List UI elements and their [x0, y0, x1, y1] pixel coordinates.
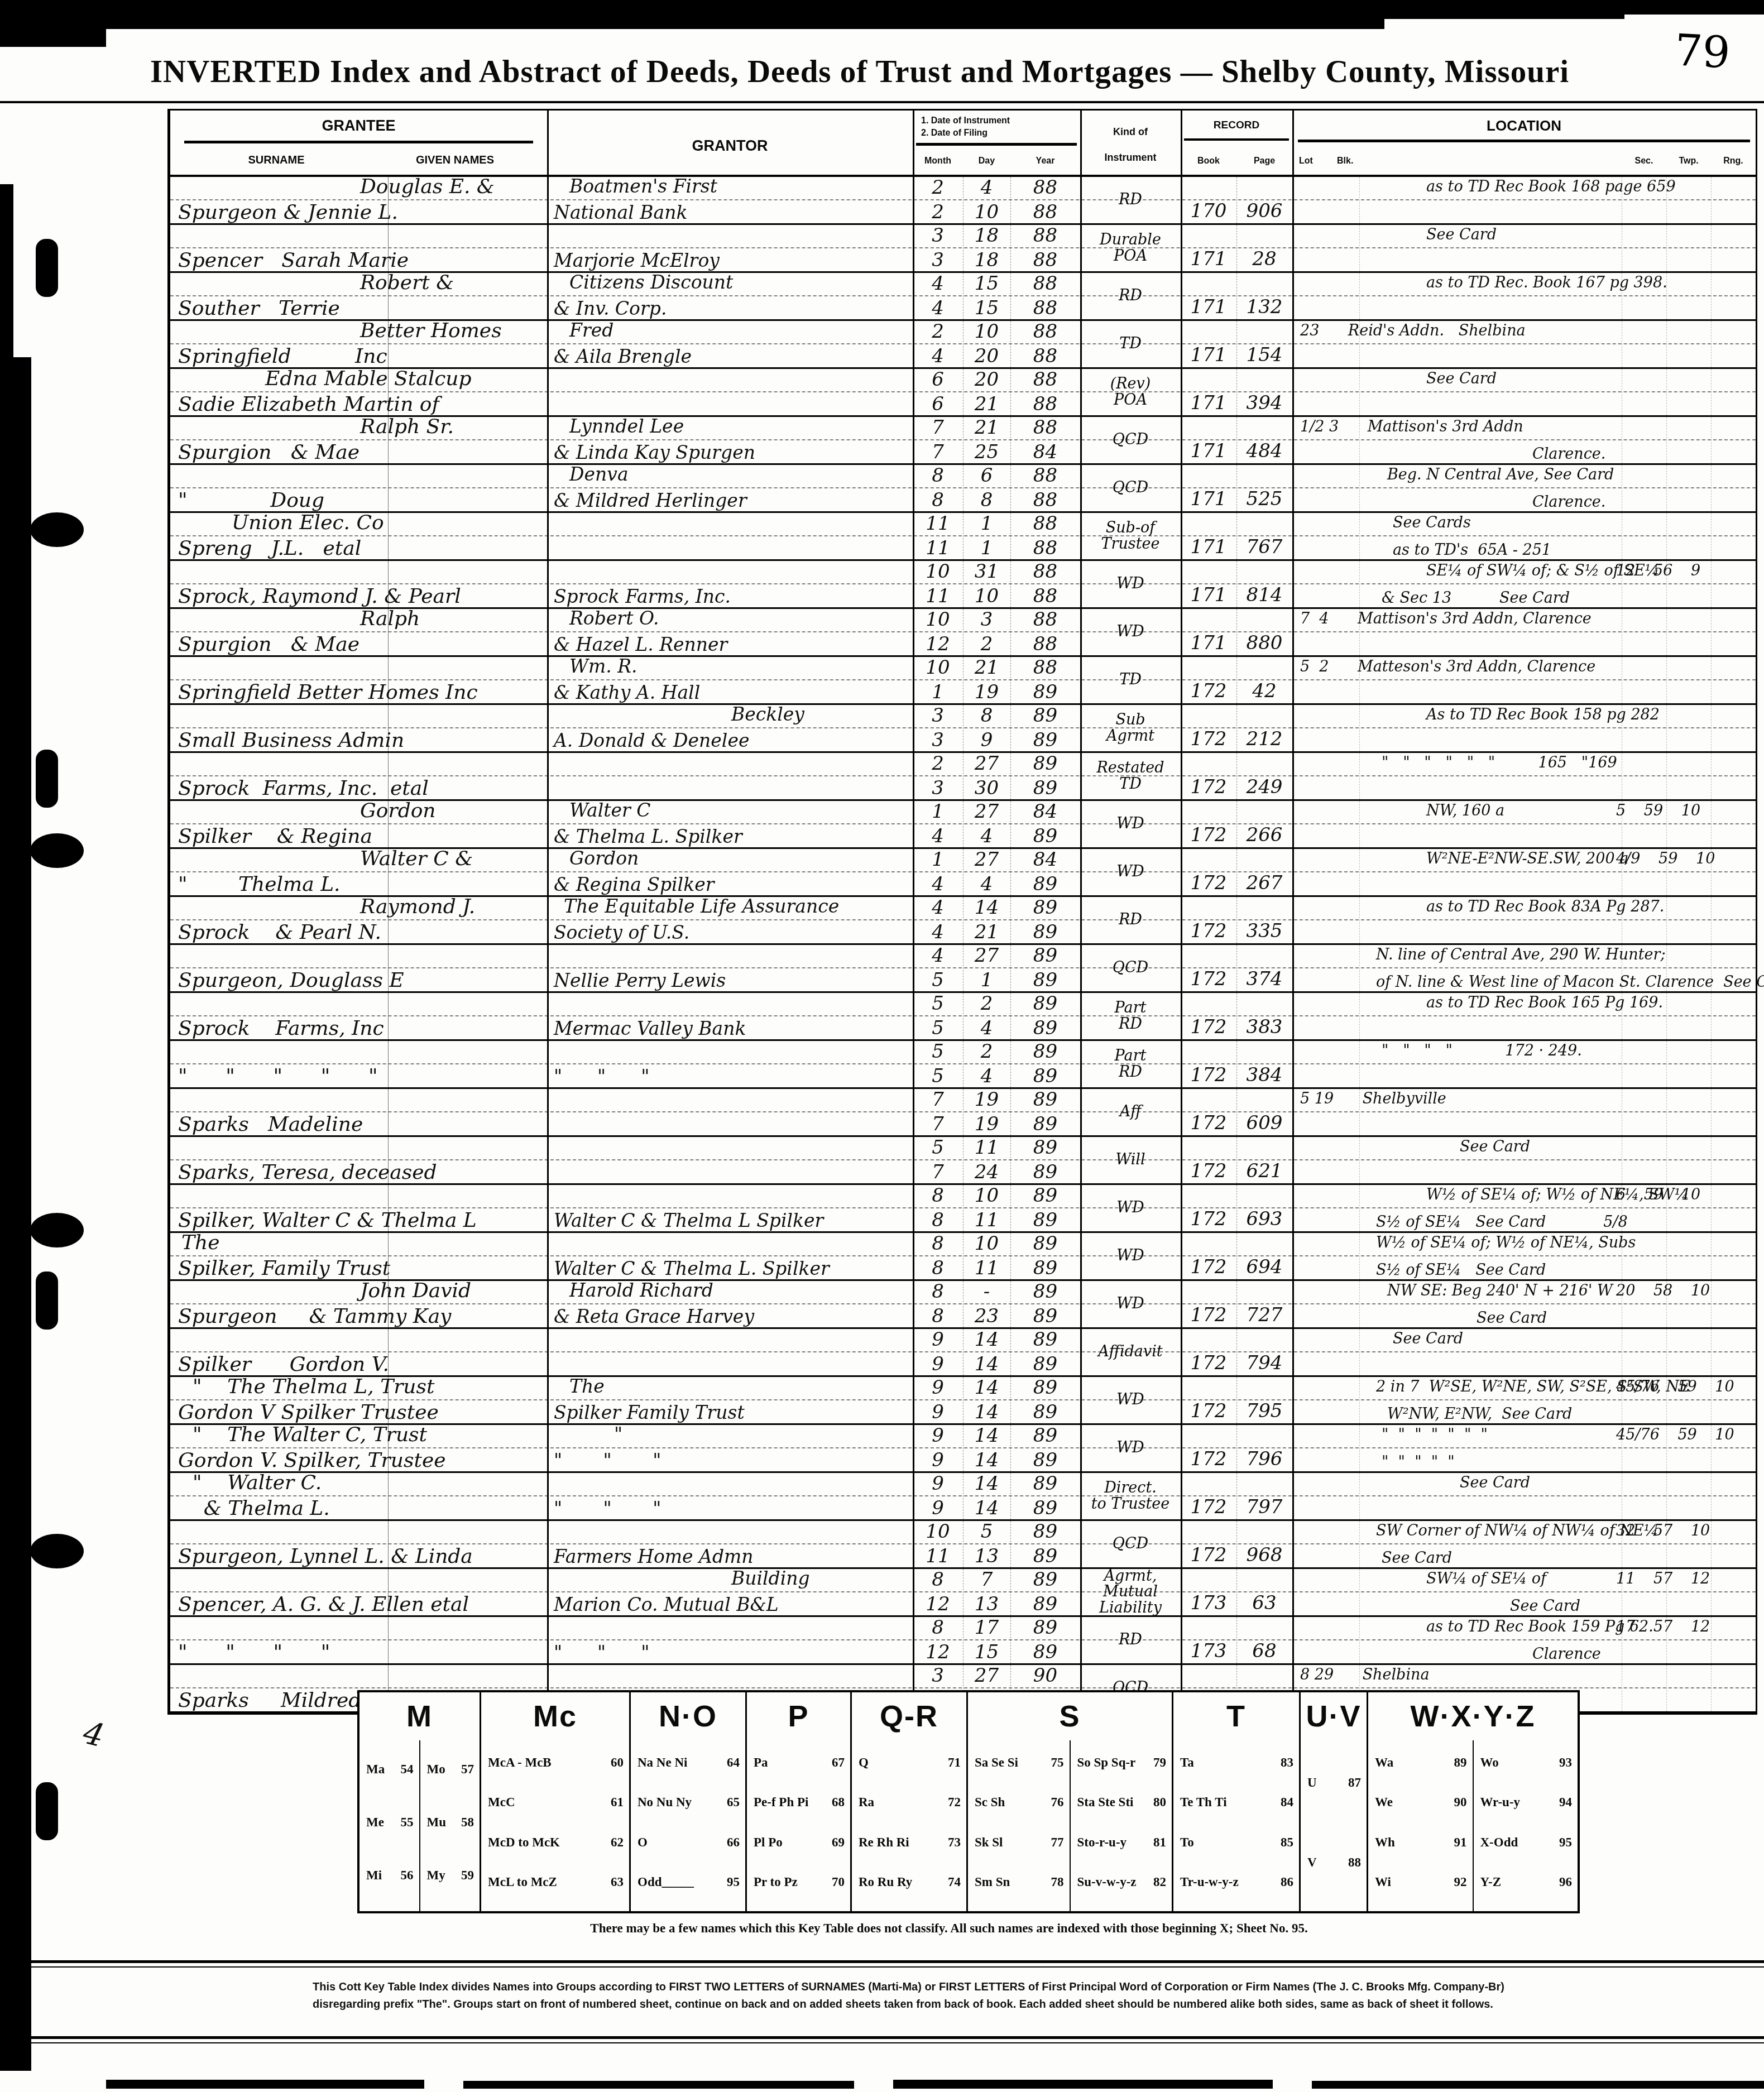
- ledger-entry: Raymond J.Sprock & Pearl N.The Equitable…: [170, 897, 1756, 945]
- key-sheet-number: 69: [832, 1835, 845, 1850]
- footer-rule-1a: [0, 1960, 1764, 1963]
- record-book-cell: 173: [1181, 1592, 1236, 1614]
- date-of-instrument: 27: [963, 944, 1010, 967]
- lot-header: Lot: [1299, 156, 1313, 166]
- ledger-entry: Spurgeon, Douglass ENellie Perry Lewis42…: [170, 945, 1756, 993]
- grantee-line2: Small Business Admin: [178, 729, 404, 752]
- date-of-instrument: 9: [913, 1328, 963, 1351]
- key-column-body: Q71Ra72Re Rh Ri73Ro Ru Ry74: [852, 1740, 966, 1911]
- key-item: My59: [427, 1868, 474, 1883]
- grantee-line2: Spurgeon, Lynnel L. & Linda: [178, 1545, 473, 1568]
- date-of-filing: 20: [963, 345, 1010, 367]
- key-range: McA - McB: [488, 1755, 552, 1770]
- key-sheet-number: 92: [1454, 1875, 1467, 1889]
- key-range: Wh: [1375, 1835, 1395, 1850]
- kind-of-instrument-cell: WD: [1080, 801, 1181, 847]
- grantor-line1: Wm. R.: [569, 655, 637, 677]
- ledger-entry: Sparks Madeline7198971989Aff1726095 19 S…: [170, 1089, 1756, 1137]
- record-page-cell: 795: [1236, 1400, 1292, 1422]
- row-mid-line: [170, 1495, 1756, 1496]
- kind-of-instrument-cell: (Rev)POA: [1080, 369, 1181, 415]
- lot-blk-value: 23: [1300, 322, 1319, 339]
- location-text: Shelbina: [1363, 1666, 1430, 1683]
- key-column-body: McA - McB60McC61McD to McK62McL to McZ63: [481, 1740, 629, 1911]
- location-line2: & Sec 13 See Card: [1382, 589, 1570, 607]
- key-column: W·X·Y·ZWa89We90Wh91Wi92Wo93Wr-u-y94X-Odd…: [1367, 1692, 1578, 1911]
- sec-twp-rng-value: 17 57 12: [1616, 1618, 1753, 1635]
- key-item: McD to McK62: [488, 1835, 624, 1850]
- key-sheet-number: 95: [727, 1875, 740, 1889]
- date-of-instrument: 17: [963, 1616, 1010, 1639]
- date-of-filing: 88: [1010, 585, 1080, 607]
- key-range: Re Rh Ri: [859, 1835, 909, 1850]
- key-group: Ma54Me55Mi56: [359, 1740, 419, 1911]
- key-item: Me55: [366, 1815, 414, 1830]
- date-of-filing: 89: [1010, 1353, 1080, 1375]
- date-of-instrument: 88: [1010, 608, 1080, 631]
- date-of-filing: 5: [913, 1065, 963, 1087]
- binder-mark: [30, 1213, 84, 1247]
- key-sheet-number: 84: [1281, 1795, 1293, 1810]
- location-header: LOCATION: [1292, 117, 1756, 135]
- lot-blk-value: 8 29: [1300, 1666, 1334, 1683]
- kind-line: Will: [1115, 1152, 1145, 1168]
- grantee-underline: [184, 141, 533, 143]
- date-of-instrument: 89: [1010, 1280, 1080, 1303]
- date-of-filing: 11: [963, 1257, 1010, 1279]
- key-sheet-number: 79: [1153, 1755, 1166, 1770]
- key-sheet-number: 89: [1454, 1755, 1467, 1770]
- date-of-filing: 4: [913, 921, 963, 943]
- row-mid-line: [170, 1063, 1756, 1064]
- scan-artifact-bottom: [463, 2081, 854, 2089]
- date-of-instrument: 89: [1010, 704, 1080, 727]
- row-mid-line: [170, 1159, 1756, 1160]
- key-item: McA - McB60: [488, 1755, 624, 1770]
- kind-of-instrument-cell: WD: [1080, 561, 1181, 607]
- key-item: Wh91: [1375, 1835, 1467, 1850]
- record-page-cell: 609: [1236, 1112, 1292, 1134]
- date-of-instrument: 89: [1010, 944, 1080, 967]
- key-item: Sta Ste Sti80: [1077, 1795, 1167, 1810]
- key-range: My: [427, 1868, 445, 1883]
- date-of-instrument: 7: [963, 1568, 1010, 1591]
- key-item: Wr-u-y94: [1480, 1795, 1573, 1810]
- date-of-instrument: 88: [1010, 176, 1080, 199]
- key-item: V88: [1307, 1855, 1361, 1870]
- date-of-instrument: 89: [1010, 1088, 1080, 1111]
- record-book-cell: 172: [1181, 824, 1236, 846]
- record-page-cell: 394: [1236, 392, 1292, 414]
- key-range: To: [1180, 1835, 1194, 1850]
- record-book-cell: 172: [1181, 1064, 1236, 1086]
- kind-line: Aff: [1120, 1104, 1142, 1120]
- kind-line: RD: [1119, 1064, 1142, 1081]
- grantee-line2: Souther Terrie: [178, 297, 340, 320]
- record-page-cell: 906: [1236, 200, 1292, 222]
- date-of-instrument: 18: [963, 224, 1010, 247]
- key-sheet-number: 77: [1051, 1835, 1064, 1850]
- key-item: We90: [1375, 1795, 1467, 1810]
- row-mid-line: [170, 679, 1756, 680]
- date-of-filing: 3: [913, 729, 963, 751]
- kind-line: WD: [1116, 864, 1144, 880]
- location-line1: NW, 160 a: [1426, 802, 1504, 819]
- margin-check-mark: 4: [80, 1715, 108, 1755]
- date-of-instrument: 27: [963, 848, 1010, 871]
- date-of-filing: 9: [913, 1449, 963, 1471]
- key-range: McL to McZ: [488, 1875, 557, 1889]
- ledger-entry: Union Elec. CoSpreng J.L. etal1118811188…: [170, 513, 1756, 561]
- row-mid-line: [170, 487, 1756, 488]
- date-of-filing: 2: [913, 201, 963, 223]
- kind-of-instrument-cell: WD: [1080, 1233, 1181, 1279]
- date-of-instrument: 1: [963, 512, 1010, 535]
- kind-of-instrument-cell: Affidavit: [1080, 1329, 1181, 1375]
- grantor-line1: Boatmen's First: [569, 175, 717, 197]
- date-of-instrument: 4: [913, 272, 963, 295]
- grantor-line2: & Thelma L. Spilker: [554, 826, 742, 847]
- key-item: McL to McZ63: [488, 1875, 624, 1889]
- date-of-filing: 89: [1010, 1593, 1080, 1615]
- key-column: U·VU87V88: [1299, 1692, 1367, 1911]
- record-book-cell: 171: [1181, 536, 1236, 558]
- key-item: Pr to Pz70: [754, 1875, 845, 1889]
- given-names-header: GIVEN NAMES: [371, 154, 539, 167]
- date-of-filing: 1: [963, 537, 1010, 559]
- date-of-instrument: 31: [963, 560, 1010, 583]
- location-line1: 5 19 Shelbyville: [1300, 1090, 1446, 1107]
- record-book-cell: 171: [1181, 632, 1236, 654]
- kind-of-instrument-cell: WD: [1080, 609, 1181, 655]
- key-range: Wa: [1375, 1755, 1393, 1770]
- key-item: Sto-r-u-y81: [1077, 1835, 1167, 1850]
- key-range: Pr to Pz: [754, 1875, 798, 1889]
- row-mid-line: [170, 583, 1756, 584]
- date-of-instrument: 8: [913, 1232, 963, 1255]
- key-sheet-number: 91: [1454, 1835, 1467, 1850]
- key-range: Y-Z: [1480, 1875, 1502, 1889]
- row-mid-line: [170, 295, 1756, 296]
- key-letter: S: [968, 1692, 1172, 1740]
- footer-rule-2a: [0, 2036, 1764, 2039]
- grantor-line2: Nellie Perry Lewis: [554, 970, 726, 991]
- date-of-instrument: 1: [913, 800, 963, 823]
- grantee-line2: Spencer Sarah Marie: [178, 249, 409, 272]
- date-of-filing: 5: [913, 969, 963, 991]
- kind-line: WD: [1116, 576, 1144, 592]
- grantor-line2: Marion Co. Mutual B&L: [554, 1594, 779, 1615]
- binder-mark: [36, 239, 58, 297]
- key-letter: U·V: [1301, 1692, 1367, 1740]
- record-book-cell: 172: [1181, 1016, 1236, 1038]
- location-line1: as to TD Rec Book 165 Pg 169.: [1426, 994, 1663, 1011]
- row-mid-line: [170, 919, 1756, 920]
- date-of-instrument: 6: [963, 464, 1010, 487]
- key-range: Sa Se Si: [975, 1755, 1018, 1770]
- key-sheet-number: 94: [1559, 1795, 1572, 1810]
- key-item: Pl Po69: [754, 1835, 845, 1850]
- date-of-filing: 21: [963, 921, 1010, 943]
- ledger-entry: Sprock, Raymond J. & PearlSprock Farms, …: [170, 561, 1756, 609]
- grantee-line2: Spilker & Regina: [178, 825, 372, 848]
- key-item: O66: [637, 1835, 740, 1850]
- record-page-cell: 249: [1236, 776, 1292, 798]
- date-of-filing: 84: [1010, 441, 1080, 463]
- grantor-line1: Fred: [569, 319, 613, 341]
- grantee-line2: Sparks, Teresa, deceased: [178, 1161, 437, 1184]
- kind-line: TD: [1119, 776, 1142, 793]
- key-range: So Sp Sq-r: [1077, 1755, 1136, 1770]
- key-sheet-number: 95: [1559, 1835, 1572, 1850]
- grantor-line2: Society of U.S.: [554, 922, 689, 943]
- key-letter: P: [747, 1692, 850, 1740]
- record-book-cell: 172: [1181, 920, 1236, 942]
- date-of-filing: 10: [963, 201, 1010, 223]
- date-of-filing: 3: [913, 777, 963, 799]
- sec-twp-rng-value: 45/76 59 10: [1616, 1378, 1753, 1395]
- grantee-line2: Sprock Farms, Inc. etal: [178, 777, 429, 800]
- grantor-line2: Walter C & Thelma L Spilker: [554, 1210, 823, 1231]
- grantee-header: GRANTEE: [170, 117, 547, 135]
- kind-of-instrument-cell: WD: [1080, 1377, 1181, 1423]
- key-item: Mi56: [366, 1868, 414, 1883]
- row-mid-line: [170, 727, 1756, 728]
- date-of-instrument: 14: [963, 1472, 1010, 1495]
- footer-rule-2b: [0, 2042, 1764, 2043]
- date-of-filing: 10: [963, 585, 1010, 607]
- key-item: To85: [1180, 1835, 1293, 1850]
- date-of-instrument: 8: [963, 704, 1010, 727]
- kind-line: RD: [1119, 192, 1142, 208]
- grantee-line2: " " " " ": [178, 1065, 377, 1088]
- kind-of-instrument-cell: RD: [1080, 177, 1181, 223]
- record-book-cell: 172: [1181, 680, 1236, 702]
- date-of-filing: 9: [913, 1401, 963, 1423]
- key-column: TTa83Te Th Ti84To85Tr-u-w-y-z86: [1172, 1692, 1299, 1911]
- date-of-instrument: 7: [913, 416, 963, 439]
- grantee-line2: Spilker, Family Trust: [178, 1257, 390, 1280]
- fine-print-line2: disregarding prefix "The". Groups start …: [313, 1996, 1747, 2013]
- key-item: Su-v-w-y-z82: [1077, 1875, 1167, 1889]
- key-item: Sc Sh76: [975, 1795, 1064, 1810]
- location-line2: S½ of SE¼ See Card: [1376, 1261, 1546, 1279]
- date-of-filing: 18: [963, 249, 1010, 271]
- key-column-body: Ma54Me55Mi56Mo57Mu58My59: [359, 1740, 480, 1911]
- binder-mark: [30, 833, 84, 868]
- key-sheet-number: 78: [1051, 1875, 1064, 1889]
- date-of-instrument: 89: [1010, 1472, 1080, 1495]
- record-book-cell: 173: [1181, 1640, 1236, 1662]
- location-line1: Beg. N Central Ave, See Card: [1387, 466, 1614, 483]
- page-title: INVERTED Index and Abstract of Deeds, De…: [89, 54, 1630, 90]
- key-column: McMcA - McB60McC61McD to McK62McL to McZ…: [480, 1692, 629, 1911]
- key-range: Wi: [1375, 1875, 1391, 1889]
- date-of-instrument: 3: [913, 224, 963, 247]
- date-of-instrument: 10: [913, 608, 963, 631]
- key-sheet-number: 60: [611, 1755, 624, 1770]
- kind-line: QCD: [1113, 480, 1148, 496]
- grantee-line2: Spurgion & Mae: [178, 441, 359, 464]
- date-of-instrument: 4: [963, 176, 1010, 199]
- location-line1: as to TD Rec Book 83A Pg 287.: [1426, 898, 1664, 915]
- key-item: McC61: [488, 1795, 624, 1810]
- key-item: Q71: [859, 1755, 961, 1770]
- location-line1: as to TD Rec. Book 167 pg 398.: [1426, 274, 1667, 291]
- date-of-instrument: 27: [963, 800, 1010, 823]
- date-of-filing: 14: [963, 1401, 1010, 1423]
- page-number: 79: [1674, 25, 1732, 78]
- grantor-line1: The: [569, 1375, 605, 1397]
- kind-line: TD: [1119, 336, 1142, 352]
- key-range: Q: [859, 1755, 869, 1770]
- kind-line: POA: [1114, 248, 1147, 265]
- date-of-instrument: 84: [1010, 800, 1080, 823]
- date-note-1: 1. Date of Instrument: [921, 116, 1010, 126]
- key-column: N·ONa Ne Ni64No Nu Ny65O66Odd_____95: [629, 1692, 745, 1911]
- date-of-filing: 13: [963, 1545, 1010, 1567]
- date-of-filing: 88: [1010, 489, 1080, 511]
- grantee-line1: " The Walter C, Trust: [193, 1423, 427, 1446]
- key-letter: M: [359, 1692, 480, 1740]
- location-line1: SW¼ of SE¼ of: [1426, 1570, 1546, 1587]
- lot-blk-value: 7 4: [1300, 610, 1329, 627]
- sec-header: Sec.: [1622, 156, 1666, 166]
- grantor-line1: Citizens Discount: [569, 271, 733, 293]
- key-column-body: Ta83Te Th Ti84To85Tr-u-w-y-z86: [1173, 1740, 1299, 1911]
- kind-of-instrument-cell: QCD: [1080, 465, 1181, 511]
- date-of-filing: 89: [1010, 777, 1080, 799]
- grantee-line1: Better Homes: [360, 319, 502, 342]
- record-page-cell: 374: [1236, 968, 1292, 990]
- record-page-cell: 267: [1236, 872, 1292, 894]
- date-of-instrument: 2: [963, 992, 1010, 1015]
- date-of-filing: 8: [913, 1257, 963, 1279]
- grantor-line1: Gordon: [569, 847, 639, 869]
- lot-blk-value: 5 19: [1300, 1090, 1334, 1107]
- record-book-cell: 171: [1181, 392, 1236, 414]
- kind-of-instrument-cell: DurablePOA: [1080, 225, 1181, 271]
- lot-blk-value: 5 2: [1300, 658, 1329, 675]
- row-mid-line: [170, 1351, 1756, 1352]
- date-of-instrument: 88: [1010, 416, 1080, 439]
- grantee-line2: Sprock Farms, Inc: [178, 1017, 384, 1040]
- date-of-filing: 14: [963, 1497, 1010, 1519]
- date-of-filing: 13: [963, 1593, 1010, 1615]
- record-book-cell: 172: [1181, 1112, 1236, 1134]
- record-page-cell: 63: [1236, 1592, 1292, 1614]
- key-sheet-number: 54: [401, 1762, 414, 1777]
- date-of-filing: 89: [1010, 1449, 1080, 1471]
- key-sheet-number: 59: [461, 1868, 474, 1883]
- grantor-header: GRANTOR: [547, 137, 913, 155]
- key-range: U: [1307, 1776, 1317, 1790]
- kind-line: Restated: [1096, 760, 1164, 776]
- row-mid-line: [170, 823, 1756, 824]
- date-of-filing: 89: [1010, 1305, 1080, 1327]
- grantee-line2: Gordon V Spilker Trustee: [178, 1401, 439, 1424]
- date-of-filing: 4: [913, 825, 963, 847]
- key-range: Ma: [366, 1762, 385, 1777]
- location-line1: W½ of SE¼ of; W½ of NE¼, Subs: [1376, 1234, 1636, 1251]
- date-of-instrument: 88: [1010, 368, 1080, 391]
- record-book-cell: 172: [1181, 728, 1236, 750]
- kind-line: QCD: [1113, 1536, 1148, 1552]
- ledger-entry: Spilker Gordon V.9148991489Affidavit1727…: [170, 1329, 1756, 1377]
- date-of-instrument: 14: [963, 1328, 1010, 1351]
- location-line2: " " " " ": [1382, 1453, 1455, 1471]
- location-line1: 7 4 Mattison's 3rd Addn, Clarence: [1300, 610, 1592, 627]
- location-line2: Clarence.: [1532, 445, 1605, 463]
- ledger-entry: Sparks, Teresa, deceased5118972489Will17…: [170, 1137, 1756, 1185]
- key-column-body: Wa89We90Wh91Wi92Wo93Wr-u-y94X-Odd95Y-Z96: [1368, 1740, 1578, 1911]
- key-range: Sm Sn: [975, 1875, 1010, 1889]
- kind-line: Part: [1115, 1048, 1147, 1064]
- date-of-filing: 89: [1010, 1401, 1080, 1423]
- location-line2: of N. line & West line of Macon St. Clar…: [1376, 973, 1764, 991]
- kind-of-instrument-cell: TD: [1080, 321, 1181, 367]
- key-item: Pe-f Ph Pi68: [754, 1795, 845, 1810]
- date-of-filing: 9: [913, 1497, 963, 1519]
- date-of-filing: 15: [963, 1641, 1010, 1663]
- kind-of-instrument-cell: QCD: [1080, 417, 1181, 463]
- binder-mark: [30, 1534, 84, 1568]
- ledger-entry: " Walter C. & Thelma L." " "9148991489Di…: [170, 1473, 1756, 1521]
- key-range: Pe-f Ph Pi: [754, 1795, 808, 1810]
- ledger-entry: Small Business AdminBeckleyA. Donald & D…: [170, 705, 1756, 753]
- kind-line: Mutual: [1103, 1584, 1158, 1600]
- kind-line: Durable: [1100, 232, 1161, 248]
- fine-print-line1: This Cott Key Table Index divides Names …: [313, 1979, 1747, 1996]
- key-sheet-number: 66: [727, 1835, 740, 1850]
- ledger-entry: Walter C &" Thelma L.Gordon& Regina Spil…: [170, 849, 1756, 897]
- location-line1: 1/2 3 Mattison's 3rd Addn: [1300, 418, 1523, 435]
- grantee-line2: Sparks Madeline: [178, 1113, 363, 1136]
- grantee-line2: Spurgeon, Douglass E: [178, 969, 404, 992]
- kind-line: Sub-of: [1106, 520, 1156, 536]
- record-book-cell: 171: [1181, 344, 1236, 366]
- date-of-filing: 89: [1010, 1065, 1080, 1087]
- location-line1: " " " " 172 · 249.: [1382, 1042, 1582, 1059]
- date-of-instrument: 9: [913, 1376, 963, 1399]
- ledger-entry: Better HomesSpringfield IncFred& Aila Br…: [170, 321, 1756, 369]
- date-of-filing: 88: [1010, 633, 1080, 655]
- scan-artifact-top-bar2: [0, 0, 1384, 29]
- key-range: Ro Ru Ry: [859, 1875, 912, 1889]
- date-of-instrument: 89: [1010, 1136, 1080, 1159]
- grantor-line1: Building: [731, 1567, 810, 1589]
- grantor-line2: Mermac Valley Bank: [554, 1018, 746, 1039]
- date-of-instrument: 89: [1010, 896, 1080, 919]
- location-line2: Clarence.: [1532, 493, 1605, 511]
- record-page-cell: 880: [1236, 632, 1292, 654]
- record-book-cell: 170: [1181, 200, 1236, 222]
- date-of-filing: 11: [913, 1545, 963, 1567]
- grantee-line2: Spurgeon & Jennie L.: [178, 201, 398, 224]
- kind-line: POA: [1114, 392, 1147, 409]
- kind-of-instrument-cell: RD: [1080, 1617, 1181, 1663]
- key-sheet-number: 75: [1051, 1755, 1064, 1770]
- grantee-line2: Springfield Inc: [178, 345, 387, 368]
- kind-of-instrument-cell: QCD: [1080, 1521, 1181, 1567]
- date-of-instrument: 2: [913, 752, 963, 775]
- date-of-instrument: 5: [913, 1040, 963, 1063]
- surname-header: SURNAME: [181, 154, 371, 167]
- row-mid-line: [170, 439, 1756, 440]
- date-of-instrument: 89: [1010, 1376, 1080, 1399]
- date-of-instrument: -: [963, 1280, 1010, 1303]
- key-range: Mo: [427, 1762, 445, 1777]
